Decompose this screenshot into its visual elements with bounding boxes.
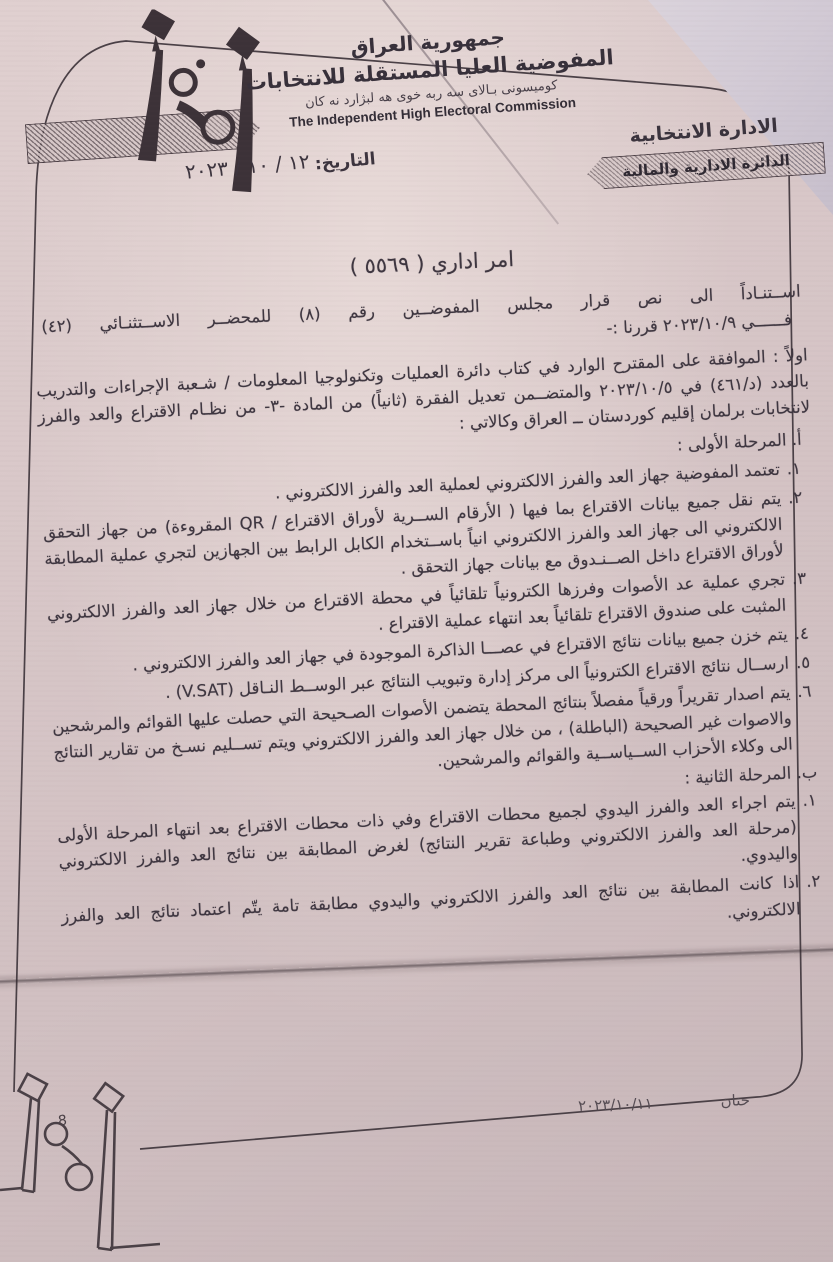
signature-date: ٢٠٢٣/١٠/١١: [578, 1094, 653, 1115]
item-number: ٣.: [791, 565, 808, 618]
order-body: امر اداري ( ٥٥٦٩ ) اســتنـاداً الى نص قر…: [31, 229, 833, 959]
item-number: ١.: [786, 455, 801, 482]
phase-a-items: ١. تعتمد المفوضية جهاز العد والفرز الالك…: [41, 455, 826, 793]
item-number: ١.: [802, 788, 820, 867]
item-number: ٢.: [806, 869, 823, 922]
item-number: ٦.: [797, 679, 815, 758]
signature-name: حنان: [720, 1091, 750, 1110]
ballot-figures-outline-icon: [0, 1072, 160, 1262]
item-number: ٤.: [794, 621, 809, 648]
item-number: ٢.: [788, 484, 806, 563]
page-number-mark: 8: [57, 1113, 68, 1130]
ihec-logo-outline: [0, 1072, 160, 1262]
scanned-document-page: جمهورية العراق المفوضية العليا المستقلة …: [0, 0, 833, 1262]
item-number: ٥.: [795, 650, 810, 677]
